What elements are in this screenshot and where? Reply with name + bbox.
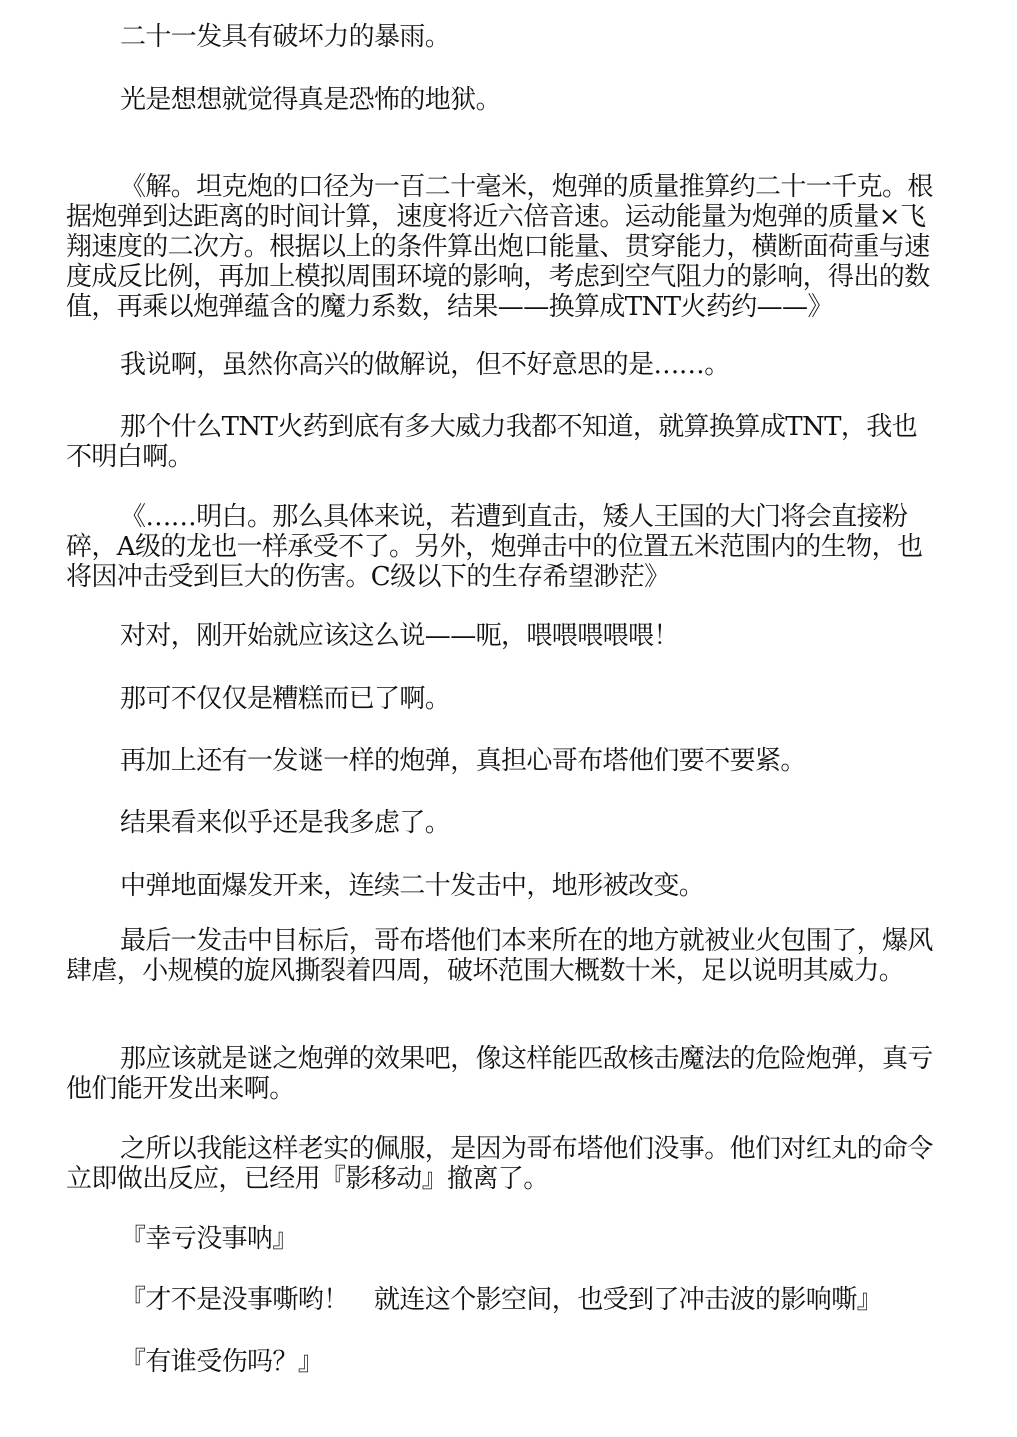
paragraph: 再加上还有一发谜一样的炮弹，真担心哥布塔他们要不要紧。: [66, 746, 938, 776]
paragraph: 结果看来似乎还是我多虑了。: [66, 808, 938, 838]
paragraph: 那可不仅仅是糟糕而已了啊。: [66, 684, 938, 714]
paragraph: 『才不是没事嘶哟！ 就连这个影空间，也受到了冲击波的影响嘶』: [66, 1285, 938, 1315]
paragraph: 之所以我能这样老实的佩服，是因为哥布塔他们没事。他们对红丸的命令立即做出反应，已…: [66, 1134, 938, 1194]
paragraph: 《解。坦克炮的口径为一百二十毫米，炮弹的质量推算约二十一千克。根据炮弹到达距离的…: [66, 172, 938, 322]
paragraph: 对对，刚开始就应该这么说——呃，喂喂喂喂喂！: [66, 621, 938, 651]
paragraph: 最后一发击中目标后，哥布塔他们本来所在的地方就被业火包围了，爆风肆虐，小规模的旋…: [66, 926, 938, 986]
paragraph: 那个什么TNT火药到底有多大威力我都不知道，就算换算成TNT，我也不明白啊。: [66, 412, 938, 472]
paragraph: 『幸亏没事呐』: [66, 1224, 938, 1254]
paragraph: 中弹地面爆发开来，连续二十发击中，地形被改变。: [66, 871, 938, 901]
paragraph: 那应该就是谜之炮弹的效果吧，像这样能匹敌核击魔法的危险炮弹，真亏他们能开发出来啊…: [66, 1044, 938, 1104]
paragraph: 二十一发具有破坏力的暴雨。: [66, 22, 938, 52]
paragraph: 『有谁受伤吗？』: [66, 1347, 938, 1377]
paragraph: 《……明白。那么具体来说，若遭到直击，矮人王国的大门将会直接粉碎，A级的龙也一样…: [66, 502, 938, 592]
paragraph: 我说啊，虽然你高兴的做解说，但不好意思的是……。: [66, 350, 938, 380]
paragraph: 光是想想就觉得真是恐怖的地狱。: [66, 85, 938, 115]
